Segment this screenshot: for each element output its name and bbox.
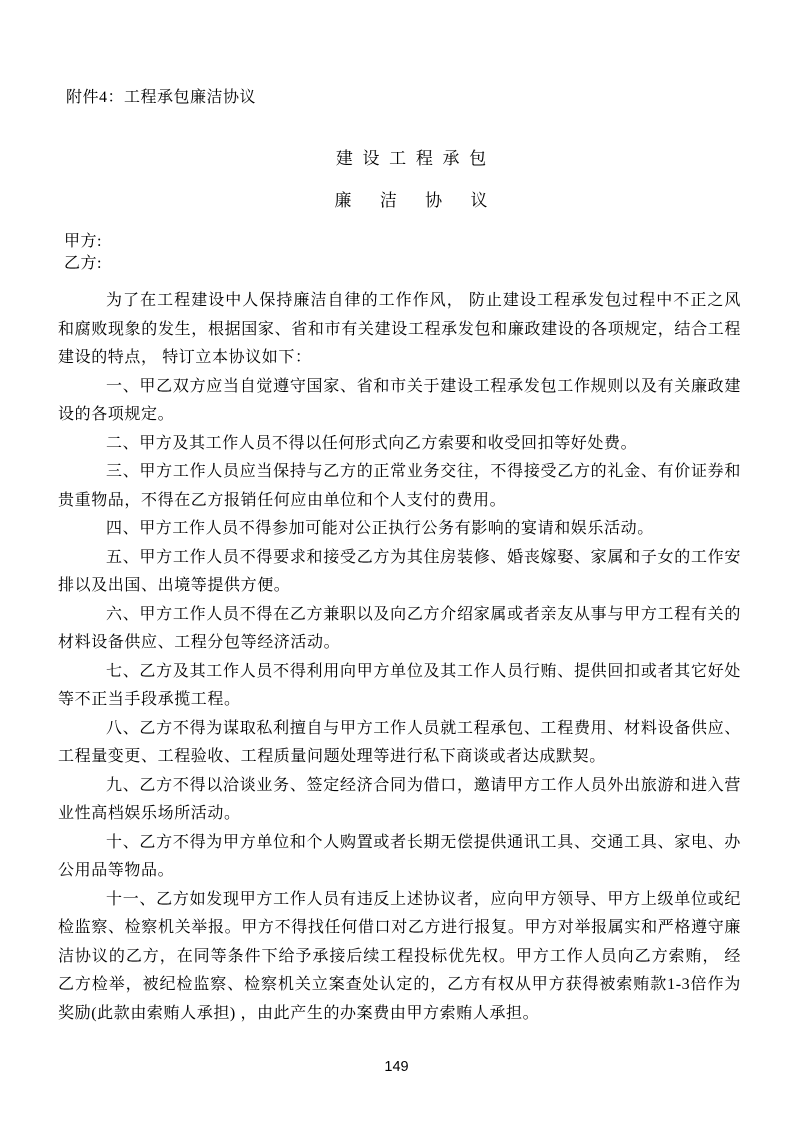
page-number: 149 [384,1059,408,1075]
party-a-label: 甲方: [64,231,793,253]
body-paragraph-clause-1: 一、甲乙双方应当自觉遵守国家、省和市关于建设工程承发包工作规则以及有关廉政建设的… [58,373,741,430]
document-title-line1: 建 设 工 程 承 包 [15,149,793,169]
body-paragraph-clause-9: 九、乙方不得以洽谈业务、签定经济合同为借口，邀请甲方工作人员外出旅游和进入营业性… [58,772,741,829]
document-page: 附件4：工程承包廉洁协议 建 设 工 程 承 包 廉 洁 协 议 甲方: 乙方:… [0,0,793,1123]
body-paragraph-clause-6: 六、甲方工作人员不得在乙方兼职以及向乙方介绍家属或者亲友从事与甲方工程有关的材料… [58,601,741,658]
page-footer: 149 [0,1059,793,1075]
body-paragraph-clause-4: 四、甲方工作人员不得参加可能对公正执行公务有影响的宴请和娱乐活动。 [58,515,741,544]
body-paragraph-clause-8: 八、乙方不得为谋取私利擅自与甲方工作人员就工程承包、工程费用、材料设备供应、工程… [58,715,741,772]
body-paragraph-clause-5: 五、甲方工作人员不得要求和接受乙方为其住房装修、婚丧嫁娶、家属和子女的工作安排以… [58,544,741,601]
body-paragraph-clause-10: 十、乙方不得为甲方单位和个人购置或者长期无偿提供通讯工具、交通工具、家电、办公用… [58,829,741,886]
parties-block: 甲方: 乙方: [64,231,793,275]
agreement-body: 为了在工程建设中人保持廉洁自律的工作作风， 防止建设工程承发包过程中不正之风和腐… [0,287,793,1028]
body-paragraph-clause-2: 二、甲方及其工作人员不得以任何形式向乙方索要和收受回扣等好处费。 [58,430,741,459]
document-title-line2: 廉 洁 协 议 [15,191,793,211]
body-paragraph-preamble: 为了在工程建设中人保持廉洁自律的工作作风， 防止建设工程承发包过程中不正之风和腐… [58,287,741,373]
party-b-label: 乙方: [64,253,793,275]
title-block: 建 设 工 程 承 包 廉 洁 协 议 [15,149,793,211]
attachment-label: 附件4：工程承包廉洁协议 [66,88,793,108]
body-paragraph-clause-7: 七、乙方及其工作人员不得利用向甲方单位及其工作人员行贿、提供回扣或者其它好处等不… [58,658,741,715]
body-paragraph-clause-11: 十一、乙方如发现甲方工作人员有违反上述协议者，应向甲方领导、甲方上级单位或纪检监… [58,886,741,1029]
body-paragraph-clause-3: 三、甲方工作人员应当保持与乙方的正常业务交往，不得接受乙方的礼金、有价证券和贵重… [58,458,741,515]
